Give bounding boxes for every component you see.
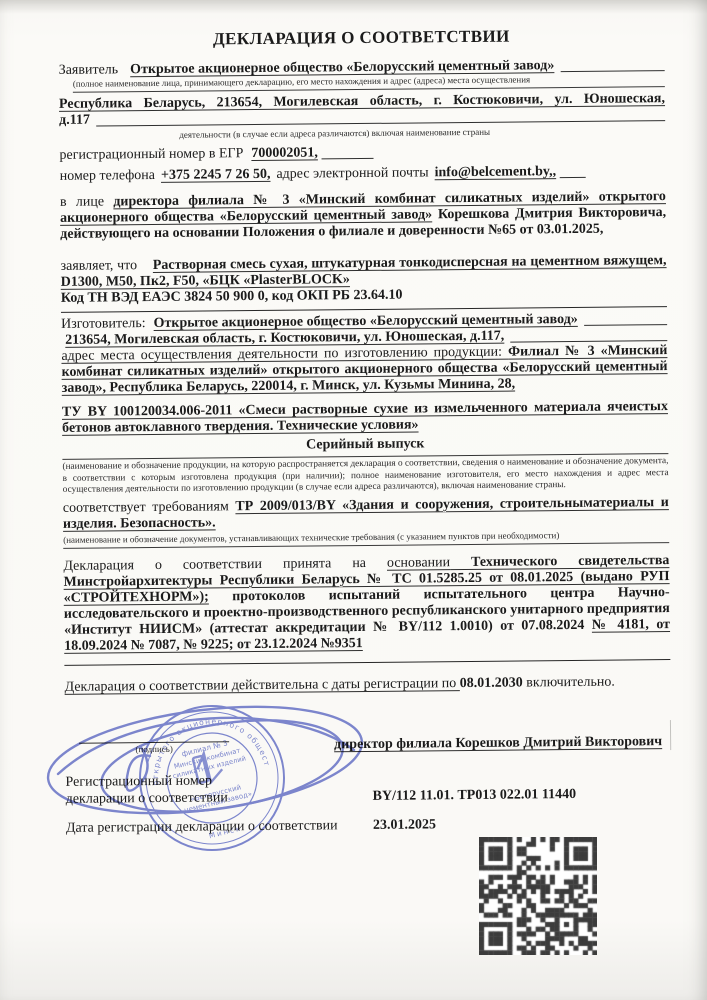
egr-number: 700002051,: [251, 145, 318, 162]
phone-value: +375 2245 7 26 50,: [161, 167, 271, 184]
scan-artifact-line: [670, 720, 671, 750]
registration-date-value: 23.01.2025: [373, 817, 436, 834]
registration-number-label-line2: декларации о соответствии: [66, 787, 373, 807]
contacts-row: номер телефона +375 2245 7 26 50, адрес …: [60, 163, 666, 185]
registration-date-label: Дата регистрации декларации о соответств…: [66, 816, 373, 836]
compliance-prefix: соответствует требованиям: [63, 499, 236, 516]
field-line: [584, 324, 667, 326]
validity-paragraph: Декларация о соответствии действительна …: [65, 674, 671, 696]
registration-date-row: Дата регистрации декларации о соответств…: [66, 814, 672, 837]
phone-label: номер телефона: [60, 168, 155, 185]
manufacturer-label: Изготовитель:: [61, 316, 146, 333]
product-hint: (наименование и обозначение продукции, н…: [62, 456, 668, 496]
declares-label: заявляет, что: [60, 258, 137, 274]
basis-word: основании: [387, 555, 450, 571]
representative-prefix: в лице: [60, 194, 104, 209]
registration-number-label: Регистрационный номер декларации о соотв…: [65, 770, 372, 807]
signature-line: (подпись): [79, 741, 229, 755]
signature-caption: (подпись): [79, 742, 229, 755]
scanned-declaration-page: ДЕКЛАРАЦИЯ О СООТВЕТСТВИИ Заявитель Откр…: [0, 0, 707, 1000]
basis-paragraph: Декларация о соответствии принята на осн…: [63, 553, 670, 655]
separator-line: [64, 659, 670, 666]
egr-label: регистрационный номер в ЕГР: [59, 146, 243, 164]
applicant-address-hint: деятельности (в случае если адреса разли…: [179, 125, 665, 141]
document-title: ДЕКЛАРАЦИЯ О СООТВЕТСТВИИ: [58, 27, 664, 49]
basis-intro: Декларация о соответствии принята на: [63, 555, 387, 573]
signer-name: директор филиала Корешков Дмитрий Виктор…: [334, 734, 662, 753]
product-codes: Код ТН ВЭД ЕАЭС 3824 50 900 0, код ОКП Р…: [61, 288, 403, 306]
registration-number-row: Регистрационный номер декларации о соотв…: [65, 768, 671, 808]
validity-text: Декларация о соответствии действительна …: [65, 676, 460, 695]
email-value: info@belcement.by,,: [435, 164, 557, 181]
document-content: ДЕКЛАРАЦИЯ О СООТВЕТСТВИИ Заявитель Откр…: [58, 0, 672, 836]
applicant-address-line2: д.117: [59, 113, 90, 129]
egr-row: регистрационный номер в ЕГР 700002051,: [59, 142, 665, 164]
validity-suffix: включительно.: [523, 674, 615, 690]
field-line: [510, 340, 667, 343]
qr-code: [479, 837, 597, 955]
representative-paragraph: в лице директора филиала № 3 «Минский ко…: [60, 189, 666, 243]
product-name: Растворная смесь сухая, штукатурная тонк…: [61, 253, 667, 290]
field-line: [560, 177, 586, 178]
compliance-hint: (наименование и обозначение документов, …: [63, 529, 669, 549]
registration-number-value: BY/112 11.01. ТР013 022.01 11440: [373, 786, 577, 804]
applicant-label: Заявитель: [59, 62, 119, 79]
signature-row: (подпись) директор филиала Корешков Дмит…: [65, 720, 671, 756]
manufacturing-site-paragraph: адрес места осуществления деятельности п…: [61, 343, 667, 397]
field-line: [560, 70, 664, 72]
compliance-paragraph: соответствует требованиям ТР 2009/013/BY…: [63, 495, 669, 533]
email-label: адрес электронной почты: [276, 165, 428, 182]
field-line: [322, 158, 374, 159]
validity-date: 08.01.2030: [460, 675, 523, 691]
tu-standard: ТУ BY 100120034.006-2011 «Смеси растворн…: [62, 399, 668, 437]
subject-paragraph: заявляет, что Растворная смесь сухая, шт…: [60, 253, 666, 307]
